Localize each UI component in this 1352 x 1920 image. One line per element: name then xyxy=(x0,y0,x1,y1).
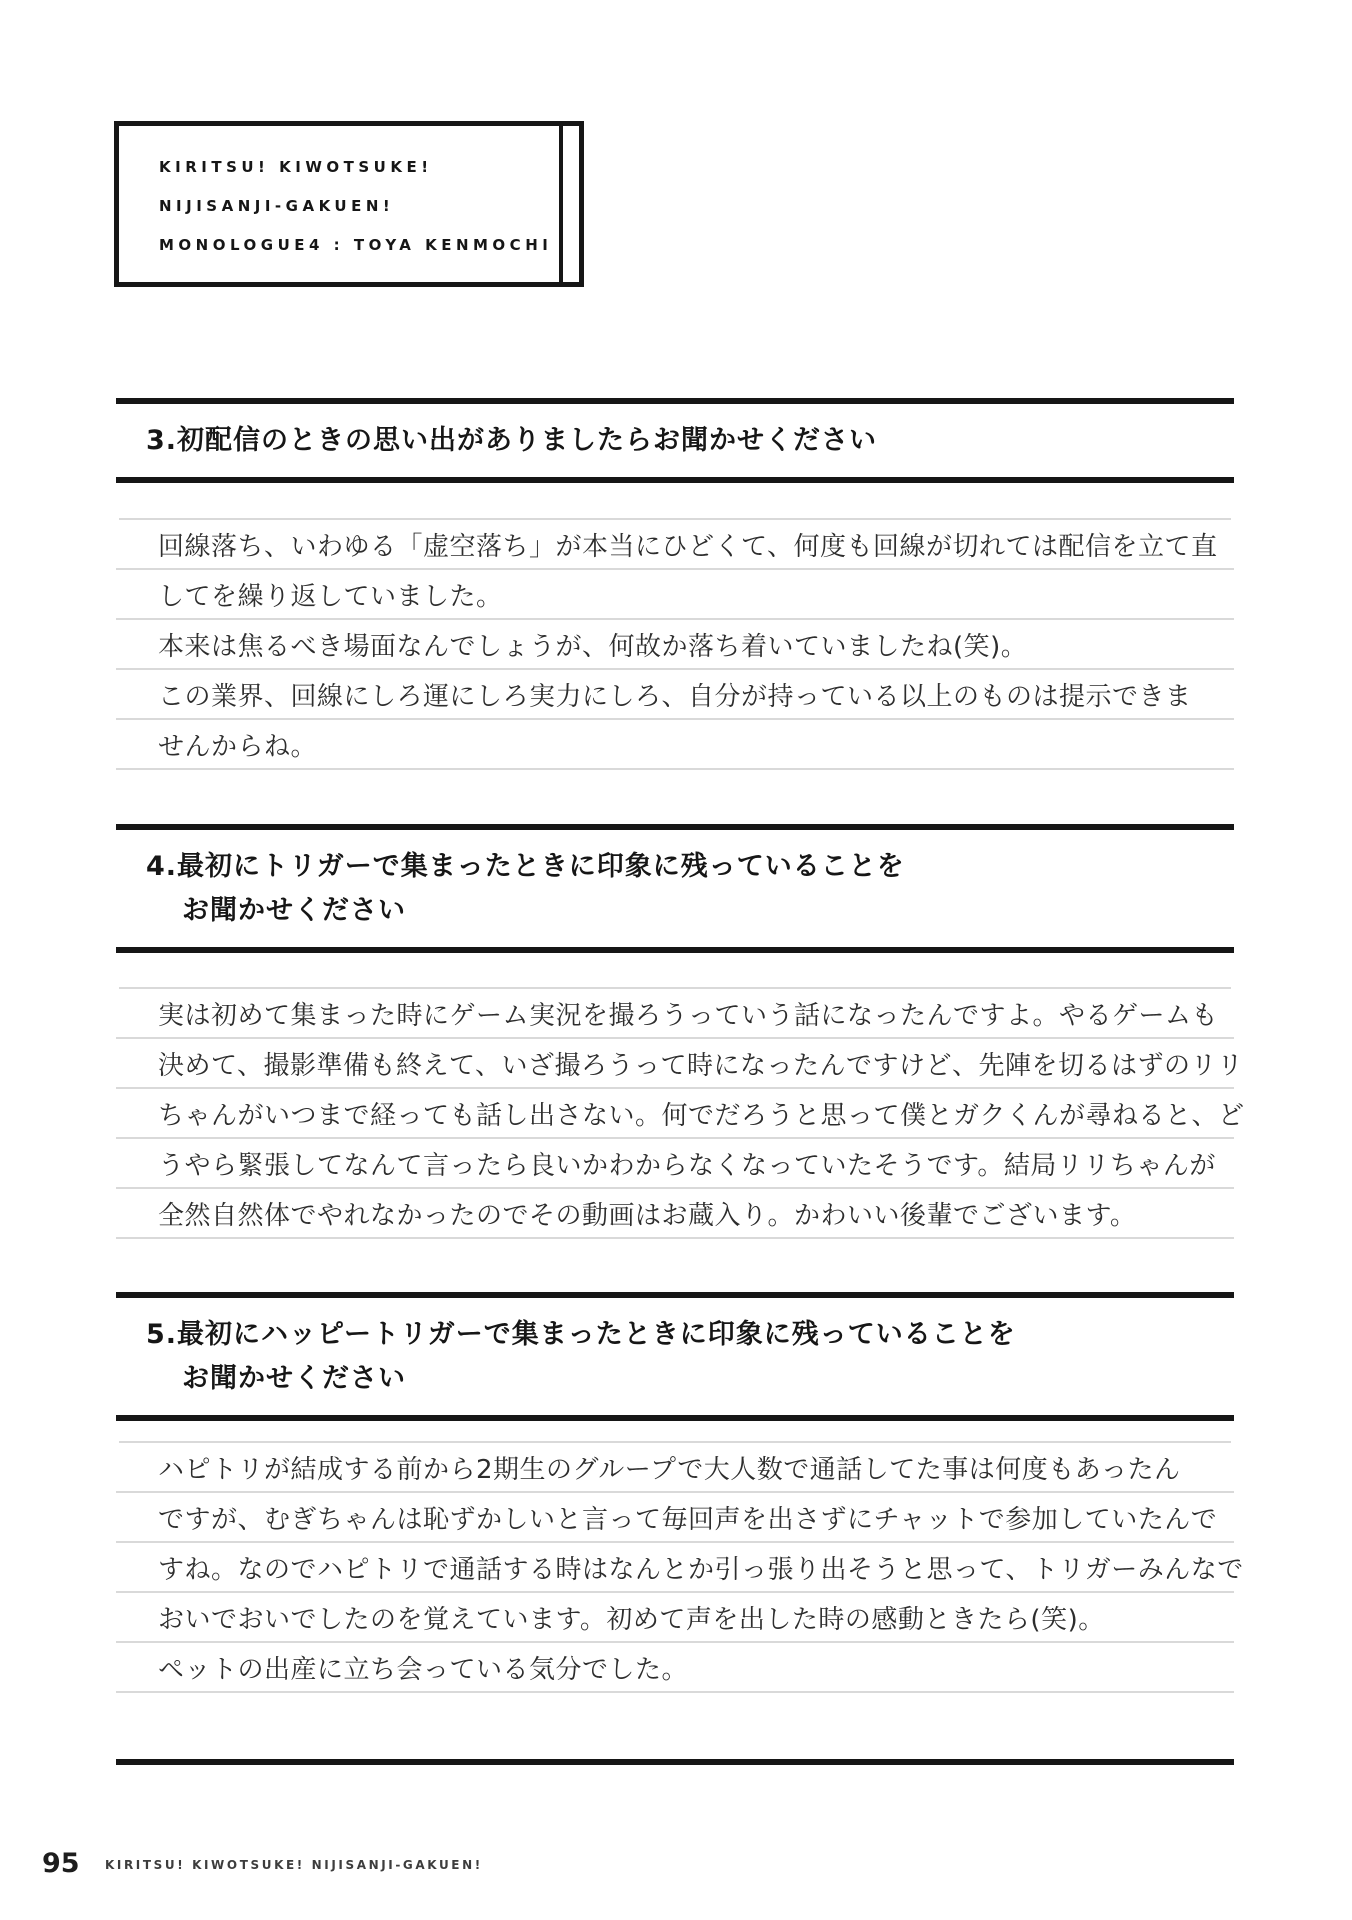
answer-5-gap xyxy=(116,1693,1234,1759)
question-5-text-line-2: お聞かせください xyxy=(146,1357,1234,1401)
page-number: 95 xyxy=(42,1848,80,1879)
answer-3-gap xyxy=(116,770,1234,824)
question-4-text-line-2: お聞かせください xyxy=(146,889,1234,933)
answer-3-line-1: 回線落ち、いわゆる「虚空落ち」が本当にひどくて、何度も回線が切れては配信を立て直 xyxy=(116,520,1234,570)
answer-4-line-5: 全然自然体でやれなかったのでその動画はお蔵入り。かわいい後輩でございます。 xyxy=(116,1189,1234,1239)
question-5-heading: 5.最初にハッピートリガーで集まったときに印象に残っていることを お聞かせくださ… xyxy=(116,1292,1234,1421)
answer-5-area: ハピトリが結成する前から2期生のグループで大人数で通話してた事は何度もあったん … xyxy=(116,1441,1234,1765)
answer-4-gap xyxy=(116,1239,1234,1292)
title-box-text: KIRITSU! KIWOTSUKE! NIJISANJI-GAKUEN! MO… xyxy=(159,148,552,265)
answer-3-line-4: この業界、回線にしろ運にしろ実力にしろ、自分が持っている以上のものは提示できま xyxy=(116,670,1234,720)
answer-4-area: 実は初めて集まった時にゲーム実況を撮ろうっていう話になったんですよ。やるゲームも… xyxy=(116,987,1234,1292)
question-3-heading: 3.初配信のときの思い出がありましたらお聞かせください xyxy=(116,398,1234,483)
answer-3-area: 回線落ち、いわゆる「虚空落ち」が本当にひどくて、何度も回線が切れては配信を立て直… xyxy=(116,518,1234,824)
answer-4-line-2: 決めて、撮影準備も終えて、いざ撮ろうって時になったんですけど、先陣を切るはずのリ… xyxy=(116,1039,1234,1089)
title-line-3: MONOLOGUE4 : TOYA KENMOCHI xyxy=(159,226,552,265)
title-box-divider xyxy=(559,126,563,282)
qa-content: 3.初配信のときの思い出がありましたらお聞かせください 回線落ち、いわゆる「虚空… xyxy=(116,398,1234,1765)
answer-4-line-3: ちゃんがいつまで経っても話し出さない。何でだろうと思って僕とガクくんが尋ねると、… xyxy=(116,1089,1234,1139)
title-line-2: NIJISANJI-GAKUEN! xyxy=(159,187,552,226)
answer-4-line-1: 実は初めて集まった時にゲーム実況を撮ろうっていう話になったんですよ。やるゲームも xyxy=(116,989,1234,1039)
answer-5-line-4: おいでおいでしたのを覚えています。初めて声を出した時の感動ときたら(笑)。 xyxy=(116,1593,1234,1643)
footer-imprint: KIRITSU! KIWOTSUKE! NIJISANJI-GAKUEN! xyxy=(105,1858,483,1872)
answer-5-line-2: ですが、むぎちゃんは恥ずかしいと言って毎回声を出さずにチャットで参加していたんで xyxy=(116,1493,1234,1543)
answer-4-line-4: うやら緊張してなんて言ったら良いかわからなくなっていたそうです。結局リリちゃんが xyxy=(116,1139,1234,1189)
answer-5-line-1: ハピトリが結成する前から2期生のグループで大人数で通話してた事は何度もあったん xyxy=(116,1443,1234,1493)
title-box: KIRITSU! KIWOTSUKE! NIJISANJI-GAKUEN! MO… xyxy=(114,121,584,287)
answer-3-line-2: してを繰り返していました。 xyxy=(116,570,1234,620)
closing-rule xyxy=(116,1759,1234,1765)
answer-3-line-3: 本来は焦るべき場面なんでしょうが、何故か落ち着いていましたね(笑)。 xyxy=(116,620,1234,670)
question-4-heading: 4.最初にトリガーで集まったときに印象に残っていることを お聞かせください xyxy=(116,824,1234,953)
question-3-text: 3.初配信のときの思い出がありましたらお聞かせください xyxy=(146,419,1234,463)
answer-5-line-5: ペットの出産に立ち会っている気分でした。 xyxy=(116,1643,1234,1693)
answer-3-line-5: せんからね。 xyxy=(116,720,1234,770)
answer-5-line-3: すね。なのでハピトリで通話する時はなんとか引っ張り出そうと思って、トリガーみんな… xyxy=(116,1543,1234,1593)
question-5-text-line-1: 5.最初にハッピートリガーで集まったときに印象に残っていることを xyxy=(146,1313,1234,1357)
title-line-1: KIRITSU! KIWOTSUKE! xyxy=(159,148,552,187)
question-4-text-line-1: 4.最初にトリガーで集まったときに印象に残っていることを xyxy=(146,845,1234,889)
